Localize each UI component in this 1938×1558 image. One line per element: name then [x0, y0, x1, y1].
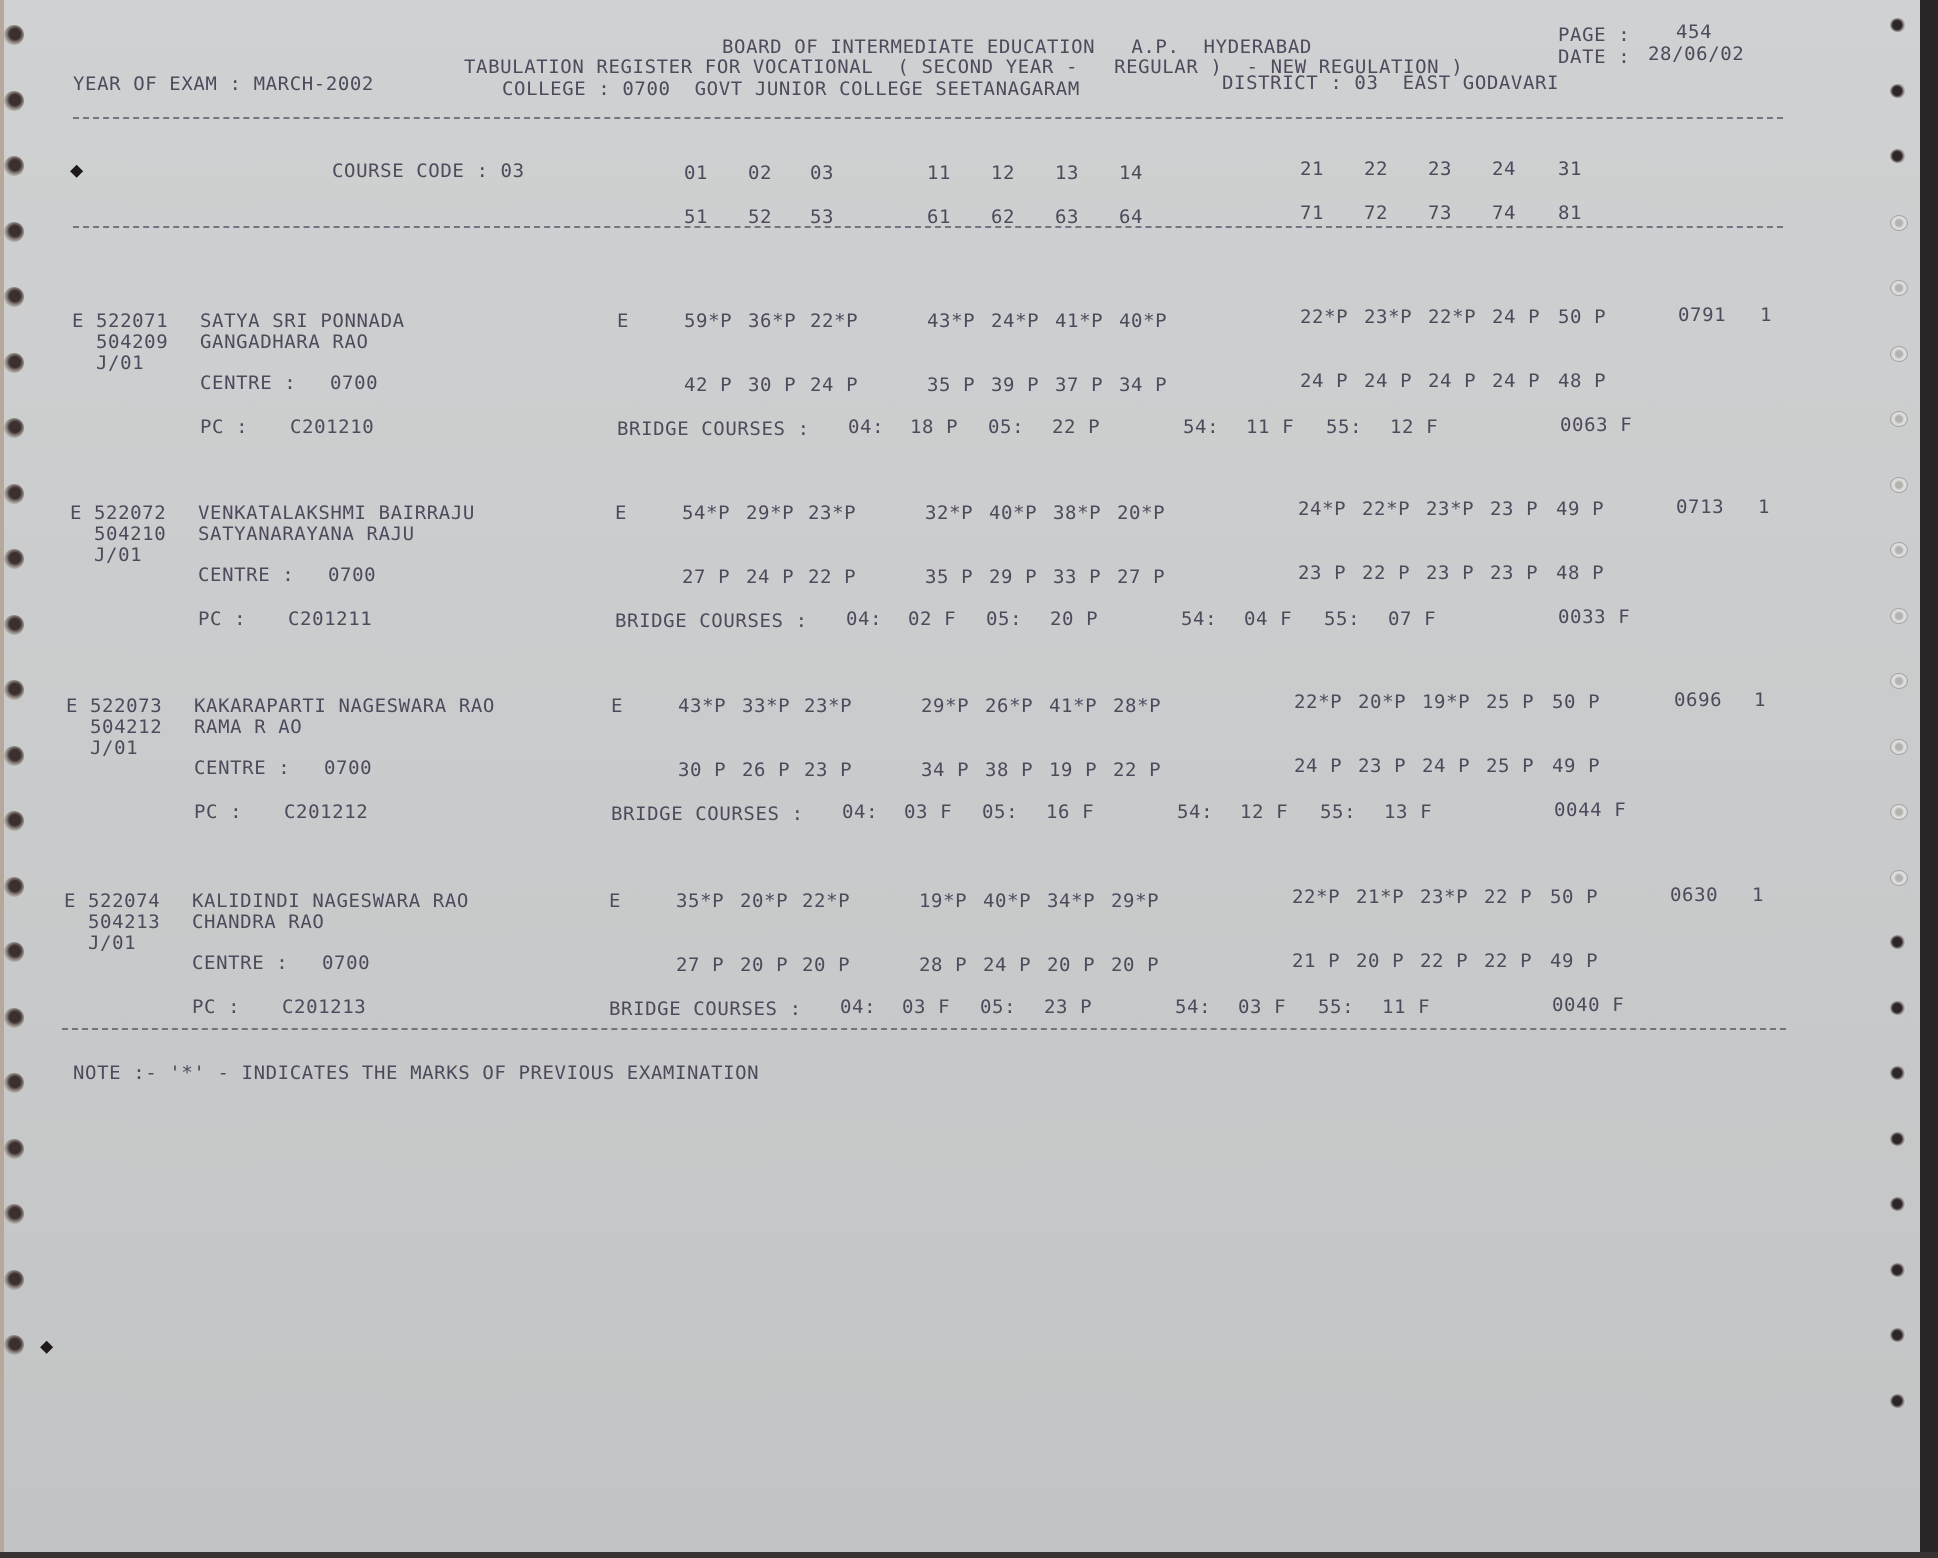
- course-code: 11: [927, 162, 951, 184]
- pc-code: C201212: [284, 801, 368, 823]
- course-code: 31: [1558, 158, 1582, 180]
- mark-cell: 20 P: [1111, 954, 1159, 976]
- mark-cell: 23 P: [1490, 498, 1538, 520]
- footnote: NOTE :- '*' - INDICATES THE MARKS OF PRE…: [73, 1062, 759, 1084]
- centre-code: 0700: [324, 757, 372, 779]
- mark-cell: 22 P: [1362, 562, 1410, 584]
- medium: E: [611, 695, 623, 717]
- mark-cell: 23 P: [1358, 755, 1406, 777]
- mark-cell: 41*P: [1049, 695, 1097, 717]
- course-code: 22: [1364, 158, 1388, 180]
- mark-cell: 34 P: [1119, 374, 1167, 396]
- circle-hole-icon: [4, 418, 24, 438]
- circle-hole-icon: [1890, 673, 1908, 689]
- divider: [73, 117, 1783, 119]
- medium: E: [609, 890, 621, 912]
- printout-sheet: BOARD OF INTERMEDIATE EDUCATION A.P. HYD…: [0, 0, 1920, 1552]
- mark-cell: 41*P: [1055, 310, 1103, 332]
- circle-hole-icon: [4, 1139, 24, 1159]
- date-value: 28/06/02: [1648, 43, 1744, 65]
- mark-cell: 22*P: [1362, 498, 1410, 520]
- category-code: J/01: [90, 737, 138, 759]
- bridge-course-cell: 02 F: [908, 608, 956, 630]
- course-code: 72: [1364, 202, 1388, 224]
- bridge-course-cell: 20 P: [1050, 608, 1098, 630]
- mark-cell: 42 P: [684, 374, 732, 396]
- division: 1: [1754, 689, 1766, 711]
- mark-cell: 24 P: [1300, 370, 1348, 392]
- mark-cell: 27 P: [682, 566, 730, 588]
- centre-label: CENTRE :: [194, 757, 290, 779]
- course-code: 73: [1428, 202, 1452, 224]
- mark-cell: 23 P: [1426, 562, 1474, 584]
- circle-hole-icon: [1890, 870, 1908, 886]
- centre-code: 0700: [322, 952, 370, 974]
- mark-cell: 19*P: [1422, 691, 1470, 713]
- course-code: 71: [1300, 202, 1324, 224]
- student-name: VENKATALAKSHMI BAIRRAJU: [198, 502, 475, 524]
- circle-hole-icon: [1890, 1263, 1906, 1277]
- course-code: 01: [684, 162, 708, 184]
- mark-cell: 48 P: [1558, 370, 1606, 392]
- circle-hole-icon: [1890, 477, 1908, 493]
- course-code: 02: [748, 162, 772, 184]
- mark-cell: 23*P: [1364, 306, 1412, 328]
- course-code: 51: [684, 206, 708, 228]
- hall-ticket-number: 522074: [88, 890, 160, 912]
- mark-cell: 23 P: [804, 759, 852, 781]
- bridge-course-cell: 05:: [982, 801, 1018, 823]
- circle-hole-icon: [4, 746, 24, 766]
- course-code: 03: [810, 162, 834, 184]
- category-code: J/01: [96, 352, 144, 374]
- student-name: KALIDINDI NAGESWARA RAO: [192, 890, 469, 912]
- mark-cell: 48 P: [1556, 562, 1604, 584]
- circle-hole-icon: [4, 156, 24, 176]
- mark-cell: 22*P: [810, 310, 858, 332]
- paper-edge: [0, 0, 4, 1558]
- mark-cell: 22 P: [1420, 950, 1468, 972]
- course-code: 81: [1558, 202, 1582, 224]
- mark-cell: 43*P: [927, 310, 975, 332]
- mark-cell: 22 P: [808, 566, 856, 588]
- date-label: DATE :: [1558, 46, 1630, 68]
- bridge-course-cell: 54:: [1175, 996, 1211, 1018]
- mark-cell: 34*P: [1047, 890, 1095, 912]
- mark-cell: 20 P: [1047, 954, 1095, 976]
- course-code: 52: [748, 206, 772, 228]
- bridge-course-cell: 04:: [848, 416, 884, 438]
- bridge-course-cell: 11 F: [1246, 416, 1294, 438]
- student-name: KAKARAPARTI NAGESWARA RAO: [194, 695, 495, 717]
- mark-cell: 20*P: [1117, 502, 1165, 524]
- desk-edge: [0, 1552, 1938, 1558]
- mark-cell: 40*P: [983, 890, 1031, 912]
- mark-cell: 20*P: [1358, 691, 1406, 713]
- bridge-course-cell: 55:: [1318, 996, 1354, 1018]
- total-marks: 0630: [1670, 884, 1718, 906]
- hall-ticket-number: 522073: [90, 695, 162, 717]
- total-marks: 0713: [1676, 496, 1724, 518]
- course-code: 12: [991, 162, 1015, 184]
- course-code-label: COURSE CODE : 03: [332, 160, 525, 182]
- college-line: COLLEGE : 0700 GOVT JUNIOR COLLEGE SEETA…: [502, 78, 1080, 100]
- centre-label: CENTRE :: [200, 372, 296, 394]
- page-number: 454: [1676, 21, 1712, 43]
- circle-hole-icon: [4, 1008, 24, 1028]
- year-of-exam: YEAR OF EXAM : MARCH-2002: [73, 73, 374, 95]
- category-code: J/01: [94, 544, 142, 566]
- mark-cell: 20*P: [740, 890, 788, 912]
- mark-cell: 25 P: [1486, 691, 1534, 713]
- mark-cell: 43*P: [678, 695, 726, 717]
- circle-hole-icon: [4, 942, 24, 962]
- circle-hole-icon: [1890, 608, 1908, 624]
- category-code: J/01: [88, 932, 136, 954]
- circle-hole-icon: [1890, 1132, 1906, 1146]
- mark-cell: 23*P: [808, 502, 856, 524]
- centre-label: CENTRE :: [192, 952, 288, 974]
- bridge-course-cell: 54:: [1183, 416, 1219, 438]
- circle-hole-icon: [4, 811, 24, 831]
- pc-code: C201211: [288, 608, 372, 630]
- bridge-course-cell: 03 F: [902, 996, 950, 1018]
- circle-hole-icon: [1890, 18, 1906, 32]
- bridge-course-cell: 05:: [980, 996, 1016, 1018]
- mark-cell: 30 P: [748, 374, 796, 396]
- mark-cell: 59*P: [684, 310, 732, 332]
- mark-cell: 24 P: [1422, 755, 1470, 777]
- mark-cell: 23*P: [1420, 886, 1468, 908]
- record-prefix: E: [70, 502, 82, 524]
- mark-cell: 26 P: [742, 759, 790, 781]
- circle-hole-icon: [1890, 84, 1906, 98]
- bridge-course-cell: 55:: [1326, 416, 1362, 438]
- mark-cell: 24*P: [1298, 498, 1346, 520]
- circle-hole-icon: [4, 25, 24, 45]
- circle-hole-icon: [1890, 215, 1908, 231]
- circle-hole-icon: [4, 680, 24, 700]
- page-label: PAGE :: [1558, 24, 1630, 46]
- bridge-course-cell: 13 F: [1384, 801, 1432, 823]
- bridge-course-cell: 07 F: [1388, 608, 1436, 630]
- circle-hole-icon: [1890, 346, 1908, 362]
- mark-cell: 23*P: [804, 695, 852, 717]
- desk-edge: [1920, 0, 1938, 1558]
- pc-code: C201213: [282, 996, 366, 1018]
- mark-cell: 29 P: [989, 566, 1037, 588]
- circle-hole-icon: [4, 1335, 24, 1355]
- division: 1: [1758, 496, 1770, 518]
- circle-hole-icon: [1890, 280, 1908, 296]
- mark-cell: 24*P: [991, 310, 1039, 332]
- course-code: 62: [991, 206, 1015, 228]
- course-code: 61: [927, 206, 951, 228]
- mark-cell: 50 P: [1558, 306, 1606, 328]
- mark-cell: 24 P: [1428, 370, 1476, 392]
- hall-ticket-number: 522072: [94, 502, 166, 524]
- bridge-course-cell: 54:: [1177, 801, 1213, 823]
- centre-code: 0700: [328, 564, 376, 586]
- course-code: 23: [1428, 158, 1452, 180]
- student-name: SATYA SRI PONNADA: [200, 310, 405, 332]
- registration-number: 504212: [90, 716, 162, 738]
- mark-cell: 24 P: [983, 954, 1031, 976]
- bridge-course-cell: 04:: [846, 608, 882, 630]
- centre-code: 0700: [330, 372, 378, 394]
- bridge-total: 0040 F: [1552, 994, 1624, 1016]
- mark-cell: 39 P: [991, 374, 1039, 396]
- course-code: 13: [1055, 162, 1079, 184]
- mark-cell: 20 P: [1356, 950, 1404, 972]
- divider: [73, 226, 1783, 228]
- division: 1: [1752, 884, 1764, 906]
- mark-cell: 22*P: [1300, 306, 1348, 328]
- course-code: 14: [1119, 162, 1143, 184]
- mark-cell: 19*P: [919, 890, 967, 912]
- pc-label: PC :: [192, 996, 240, 1018]
- mark-cell: 37 P: [1055, 374, 1103, 396]
- medium: E: [617, 310, 629, 332]
- mark-cell: 34 P: [921, 759, 969, 781]
- mark-cell: 35*P: [676, 890, 724, 912]
- bridge-course-cell: 05:: [988, 416, 1024, 438]
- circle-hole-icon: [4, 484, 24, 504]
- circle-hole-icon: [1890, 1328, 1906, 1342]
- mark-cell: 21*P: [1356, 886, 1404, 908]
- pc-label: PC :: [194, 801, 242, 823]
- total-marks: 0696: [1674, 689, 1722, 711]
- bridge-courses-label: BRIDGE COURSES :: [611, 803, 804, 825]
- bridge-courses-label: BRIDGE COURSES :: [617, 418, 810, 440]
- mark-cell: 22*P: [1428, 306, 1476, 328]
- record-prefix: E: [64, 890, 76, 912]
- circle-hole-icon: [1890, 1394, 1906, 1408]
- course-code: 64: [1119, 206, 1143, 228]
- bridge-course-cell: 04:: [842, 801, 878, 823]
- mark-cell: 38 P: [985, 759, 1033, 781]
- pc-label: PC :: [198, 608, 246, 630]
- circle-hole-icon: [4, 1270, 24, 1290]
- mark-cell: 22 P: [1113, 759, 1161, 781]
- mark-cell: 28 P: [919, 954, 967, 976]
- mark-cell: 38*P: [1053, 502, 1101, 524]
- bridge-course-cell: 55:: [1324, 608, 1360, 630]
- mark-cell: 22*P: [1294, 691, 1342, 713]
- circle-hole-icon: [4, 91, 24, 111]
- mark-cell: 22*P: [802, 890, 850, 912]
- father-name: GANGADHARA RAO: [200, 331, 369, 353]
- father-name: RAMA R AO: [194, 716, 302, 738]
- bridge-total: 0063 F: [1560, 414, 1632, 436]
- mark-cell: 24 P: [1364, 370, 1412, 392]
- circle-hole-icon: [1890, 1197, 1906, 1211]
- circle-hole-icon: [4, 549, 24, 569]
- circle-hole-icon: [4, 615, 24, 635]
- hall-ticket-number: 522071: [96, 310, 168, 332]
- mark-cell: 35 P: [925, 566, 973, 588]
- circle-hole-icon: [4, 222, 24, 242]
- divider: [62, 1028, 1786, 1030]
- circle-hole-icon: [4, 1204, 24, 1224]
- mark-cell: 40*P: [989, 502, 1037, 524]
- circle-hole-icon: [1890, 1066, 1906, 1080]
- course-code: 53: [810, 206, 834, 228]
- total-marks: 0791: [1678, 304, 1726, 326]
- mark-cell: 30 P: [678, 759, 726, 781]
- mark-cell: 28*P: [1113, 695, 1161, 717]
- bridge-total: 0044 F: [1554, 799, 1626, 821]
- pc-label: PC :: [200, 416, 248, 438]
- mark-cell: 22 P: [1484, 886, 1532, 908]
- mark-cell: 27 P: [676, 954, 724, 976]
- circle-hole-icon: [4, 877, 24, 897]
- mark-cell: 49 P: [1556, 498, 1604, 520]
- registration-number: 504213: [88, 911, 160, 933]
- bridge-course-cell: 12 F: [1390, 416, 1438, 438]
- course-code: 74: [1492, 202, 1516, 224]
- mark-cell: 24 P: [1294, 755, 1342, 777]
- mark-cell: 50 P: [1552, 691, 1600, 713]
- mark-cell: 25 P: [1486, 755, 1534, 777]
- mark-cell: 32*P: [925, 502, 973, 524]
- father-name: CHANDRA RAO: [192, 911, 324, 933]
- mark-cell: 24 P: [1492, 306, 1540, 328]
- registration-number: 504209: [96, 331, 168, 353]
- circle-hole-icon: [1890, 804, 1908, 820]
- mark-cell: 24 P: [810, 374, 858, 396]
- bridge-course-cell: 12 F: [1240, 801, 1288, 823]
- circle-hole-icon: [4, 287, 24, 307]
- bridge-course-cell: 04 F: [1244, 608, 1292, 630]
- bridge-course-cell: 03 F: [904, 801, 952, 823]
- ink-blot-icon: ◆: [70, 160, 83, 182]
- medium: E: [615, 502, 627, 524]
- mark-cell: 54*P: [682, 502, 730, 524]
- mark-cell: 24 P: [746, 566, 794, 588]
- bridge-course-cell: 22 P: [1052, 416, 1100, 438]
- centre-label: CENTRE :: [198, 564, 294, 586]
- record-prefix: E: [66, 695, 78, 717]
- mark-cell: 23*P: [1426, 498, 1474, 520]
- mark-cell: 35 P: [927, 374, 975, 396]
- circle-hole-icon: [1890, 1001, 1906, 1015]
- bridge-course-cell: 11 F: [1382, 996, 1430, 1018]
- pc-code: C201210: [290, 416, 374, 438]
- mark-cell: 29*P: [921, 695, 969, 717]
- mark-cell: 20 P: [740, 954, 788, 976]
- district-line: DISTRICT : 03 EAST GODAVARI: [1222, 72, 1559, 94]
- bridge-course-cell: 54:: [1181, 608, 1217, 630]
- mark-cell: 27 P: [1117, 566, 1165, 588]
- circle-hole-icon: [4, 1073, 24, 1093]
- bridge-course-cell: 23 P: [1044, 996, 1092, 1018]
- mark-cell: 20 P: [802, 954, 850, 976]
- circle-hole-icon: [1890, 935, 1906, 949]
- course-code: 21: [1300, 158, 1324, 180]
- mark-cell: 40*P: [1119, 310, 1167, 332]
- mark-cell: 19 P: [1049, 759, 1097, 781]
- bridge-courses-label: BRIDGE COURSES :: [615, 610, 808, 632]
- course-code: 63: [1055, 206, 1079, 228]
- bridge-courses-label: BRIDGE COURSES :: [609, 998, 802, 1020]
- board-title: BOARD OF INTERMEDIATE EDUCATION A.P. HYD…: [722, 36, 1312, 58]
- bridge-course-cell: 55:: [1320, 801, 1356, 823]
- bridge-course-cell: 04:: [840, 996, 876, 1018]
- mark-cell: 33*P: [742, 695, 790, 717]
- mark-cell: 49 P: [1552, 755, 1600, 777]
- mark-cell: 21 P: [1292, 950, 1340, 972]
- mark-cell: 29*P: [1111, 890, 1159, 912]
- bridge-course-cell: 03 F: [1238, 996, 1286, 1018]
- circle-hole-icon: [1890, 411, 1908, 427]
- mark-cell: 23 P: [1490, 562, 1538, 584]
- bridge-course-cell: 18 P: [910, 416, 958, 438]
- ink-blot-icon: ◆: [40, 1336, 53, 1358]
- circle-hole-icon: [1890, 542, 1908, 558]
- record-prefix: E: [72, 310, 84, 332]
- mark-cell: 26*P: [985, 695, 1033, 717]
- mark-cell: 33 P: [1053, 566, 1101, 588]
- circle-hole-icon: [1890, 149, 1906, 163]
- mark-cell: 29*P: [746, 502, 794, 524]
- mark-cell: 36*P: [748, 310, 796, 332]
- mark-cell: 22*P: [1292, 886, 1340, 908]
- course-code: 24: [1492, 158, 1516, 180]
- mark-cell: 22 P: [1484, 950, 1532, 972]
- division: 1: [1760, 304, 1772, 326]
- bridge-total: 0033 F: [1558, 606, 1630, 628]
- mark-cell: 50 P: [1550, 886, 1598, 908]
- mark-cell: 24 P: [1492, 370, 1540, 392]
- bridge-course-cell: 05:: [986, 608, 1022, 630]
- circle-hole-icon: [1890, 739, 1908, 755]
- circle-hole-icon: [4, 353, 24, 373]
- registration-number: 504210: [94, 523, 166, 545]
- bridge-course-cell: 16 F: [1046, 801, 1094, 823]
- mark-cell: 49 P: [1550, 950, 1598, 972]
- father-name: SATYANARAYANA RAJU: [198, 523, 415, 545]
- mark-cell: 23 P: [1298, 562, 1346, 584]
